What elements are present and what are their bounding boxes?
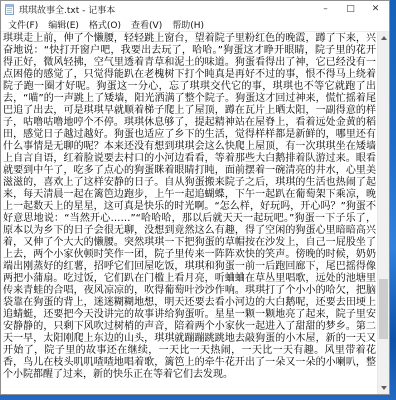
menu-help[interactable]: 帮助(H) — [167, 18, 209, 31]
menu-file[interactable]: 文件(F) — [3, 18, 43, 31]
menu-edit[interactable]: 编辑(E) — [43, 18, 84, 31]
notepad-icon[interactable] — [5, 4, 14, 15]
scrollbar-thumb[interactable] — [379, 279, 388, 339]
maximize-button[interactable]: □ — [338, 1, 363, 17]
notepad-window: 琪琪故事全.txt - 记事本 – □ ✕ 文件(F) 编辑(E) 格式(O) … — [0, 0, 390, 395]
close-button[interactable]: ✕ — [363, 1, 388, 17]
desktop-background: 琪琪故事全.txt - 记事本 – □ ✕ 文件(F) 编辑(E) 格式(O) … — [0, 0, 396, 400]
menu-bar: 文件(F) 编辑(E) 格式(O) 查看(V) 帮助(H) — [1, 17, 389, 32]
title-bar[interactable]: 琪琪故事全.txt - 记事本 – □ ✕ — [1, 1, 389, 17]
menu-view[interactable]: 查看(V) — [126, 18, 167, 31]
vertical-scrollbar[interactable] — [377, 32, 389, 394]
document-text-area[interactable]: 琪琪走上前，伸了个懒腰，轻轻跳上窗台，望着院子里粉红色的晚霞，蹲了下来，兴奋地说… — [1, 32, 377, 394]
scroll-down-icon — [381, 386, 387, 390]
window-title: 琪琪故事全.txt - 记事本 — [19, 3, 115, 16]
minimize-button[interactable]: – — [313, 1, 338, 17]
editor-body: 琪琪走上前，伸了个懒腰，轻轻跳上窗台，望着院子里粉红色的晚霞，蹲了下来，兴奋地说… — [1, 32, 389, 394]
scroll-up-icon — [381, 36, 387, 40]
window-controls: – □ ✕ — [313, 1, 389, 17]
scroll-down-button[interactable] — [378, 382, 389, 394]
scroll-up-button[interactable] — [378, 32, 389, 44]
scrollbar-track[interactable] — [378, 44, 389, 382]
menu-format[interactable]: 格式(O) — [84, 18, 126, 31]
